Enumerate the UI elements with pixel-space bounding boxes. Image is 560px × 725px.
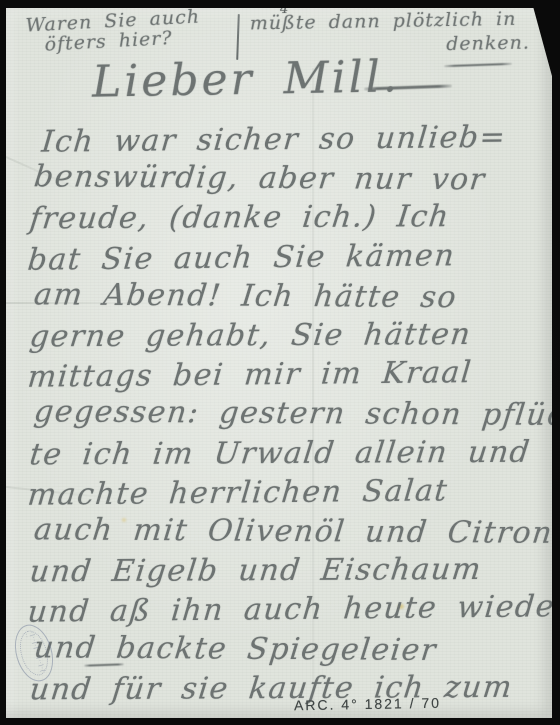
salutation: Lieber Mill.	[92, 51, 401, 107]
body-line: gegessen: gestern schon pflück=	[32, 393, 550, 436]
body-line: mittags bei mir im Kraal	[26, 352, 550, 397]
body-line: te ich im Urwald allein und	[28, 432, 551, 474]
body-line: bat Sie auch Sie kämen	[26, 235, 550, 280]
letter-body: Ich war sicher so unlieb= benswürdig, ab…	[28, 120, 548, 708]
marginalia-top-left: Waren Sie auch öfters hier?	[25, 5, 202, 56]
marginalia-line: müßte dann plötzlich in	[250, 8, 530, 35]
body-line: Ich war sicher so unlieb=	[40, 117, 550, 161]
body-line: am Abend! Ich hätte so	[32, 275, 550, 318]
marginalia-line: denken.	[446, 32, 530, 55]
scan-background: Waren Sie auch öfters hier? 4 müßte dann…	[0, 0, 560, 725]
body-line: und für sie kaufte ich zum	[28, 667, 551, 709]
body-line: benswürdig, aber nur vor	[32, 157, 550, 200]
body-line: machte herrlichen Salat	[26, 470, 550, 515]
letter-page: Waren Sie auch öfters hier? 4 müßte dann…	[6, 8, 552, 718]
body-line: und aß ihn auch heute wieder,	[26, 588, 550, 633]
body-line: und Eigelb und Eischaum	[28, 550, 551, 592]
body-line: gerne gehabt, Sie hätten	[28, 315, 551, 357]
body-line: freude, (danke ich.) Ich	[28, 197, 551, 239]
underline-stroke	[444, 63, 512, 67]
body-line: auch mit Olivenöl und Citronen	[32, 510, 550, 553]
archive-shelfmark: ARC. 4° 1821 / 70	[294, 695, 441, 714]
